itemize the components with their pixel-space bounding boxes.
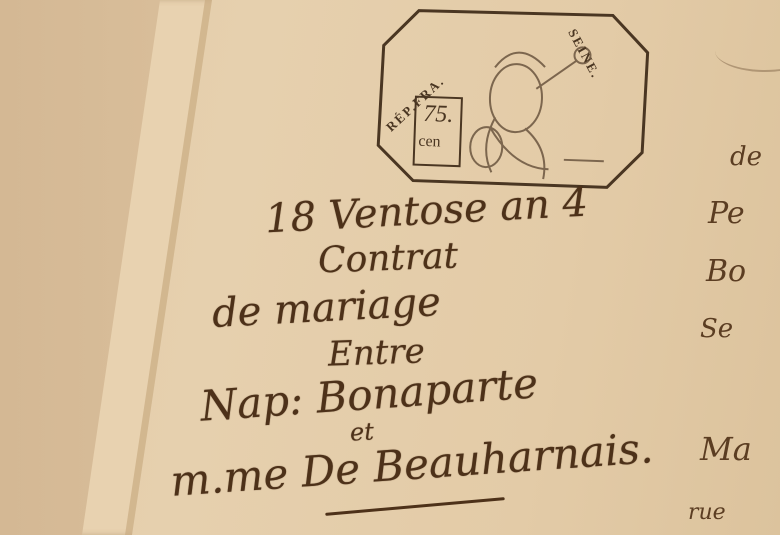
margin-note: rue: [688, 500, 726, 525]
manuscript-line-contrat: Contrat: [317, 236, 458, 282]
margin-note: Pe: [708, 196, 745, 231]
margin-note: de: [730, 142, 762, 172]
stamp-unit: cen: [418, 133, 441, 152]
tax-stamp: RÉP.FRA. SEINE. 75. cen: [373, 3, 653, 190]
photo-scene: RÉP.FRA. SEINE. 75. cen 18 Ventose an 4 …: [0, 0, 780, 535]
margin-note: Bo: [706, 254, 746, 289]
margin-note: Se: [700, 314, 733, 344]
margin-note: Ma: [700, 430, 752, 468]
stamp-value: 75.: [423, 101, 454, 129]
